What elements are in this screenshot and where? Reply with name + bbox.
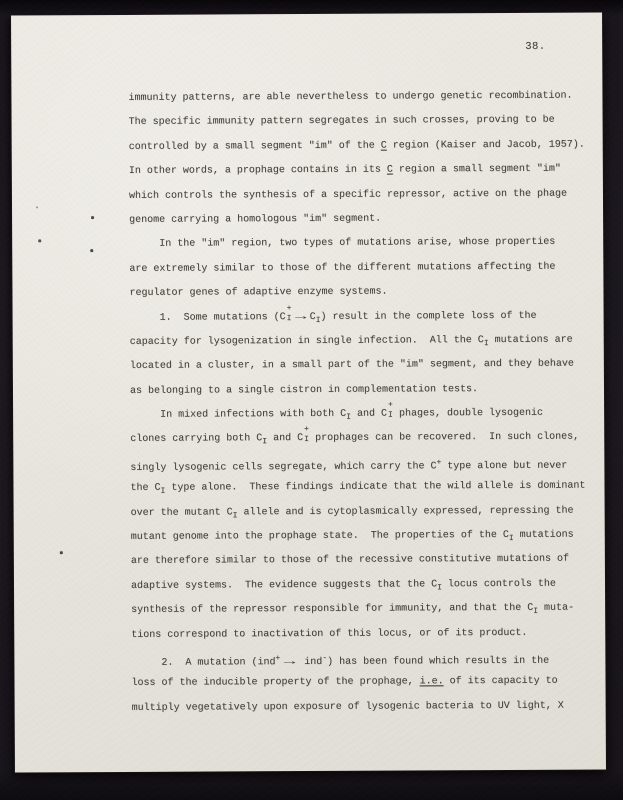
text-line: loss of the inducible property of the pr… — [131, 670, 601, 697]
superscript-subscript-stack: +I — [286, 318, 292, 319]
text-line: In the "im" region, two types of mutatio… — [129, 231, 599, 258]
text-line: which controls the synthesis of a specif… — [129, 182, 599, 209]
text-line: the CI type alone. These findings indica… — [130, 475, 600, 502]
text-line: are therefore similar to those of the re… — [131, 548, 601, 575]
text-line: tions correspond to inactivation of this… — [131, 621, 601, 648]
text-line: are extremely similar to those of the di… — [129, 255, 599, 282]
photo-mat-background: 38. immunity patterns, are able neverthe… — [0, 0, 623, 800]
text-line: singly lysogenic cells segregate, which … — [130, 450, 600, 477]
ink-speck — [60, 551, 63, 554]
text-line: over the mutant CI allele and is cytopla… — [131, 499, 601, 526]
superscript-subscript-stack: +I — [303, 439, 309, 440]
text-line: 2. A mutation (ind+ → ind-) has been fou… — [131, 645, 601, 672]
text-line: 1. Some mutations (C+I → CI) result in t… — [130, 304, 600, 331]
text-line: The specific immunity pattern segregates… — [129, 109, 599, 136]
text-line: synthesis of the repressor responsible f… — [131, 597, 601, 624]
text-line: immunity patterns, are able nevertheless… — [128, 84, 598, 111]
body-text: immunity patterns, are able nevertheless… — [128, 84, 601, 721]
ink-speck — [38, 239, 41, 242]
text-line: adaptive systems. The evidence suggests … — [131, 572, 601, 599]
text-line: as belonging to a single cistron in comp… — [130, 377, 600, 404]
text-line: located in a cluster, in a small part of… — [130, 353, 600, 380]
ink-speck — [90, 249, 93, 252]
ink-speck — [36, 206, 38, 208]
document-page: 38. immunity patterns, are able neverthe… — [11, 12, 606, 772]
text-line: In mixed infections with both CI and C+I… — [130, 402, 600, 429]
long-right-arrow-glyph: → — [284, 651, 296, 675]
text-line: mutant genome into the prophage state. T… — [131, 524, 601, 551]
text-line: clones carrying both CI and C+I prophage… — [130, 426, 600, 453]
text-line: genome carrying a homologous "im" segmen… — [129, 206, 599, 233]
text-line: multiply vegetatively upon exposure of l… — [132, 694, 602, 721]
text-line: controlled by a small segment "im" of th… — [129, 133, 599, 160]
ink-speck — [91, 216, 94, 219]
text-line: regulator genes of adaptive enzyme syste… — [129, 280, 599, 307]
long-right-arrow-glyph: → — [295, 306, 307, 330]
text-line: capacity for lysogenization in single in… — [130, 328, 600, 355]
text-line: In other words, a prophage contains in i… — [129, 158, 599, 185]
superscript-subscript-stack: +I — [387, 415, 393, 416]
page-number: 38. — [525, 41, 545, 53]
